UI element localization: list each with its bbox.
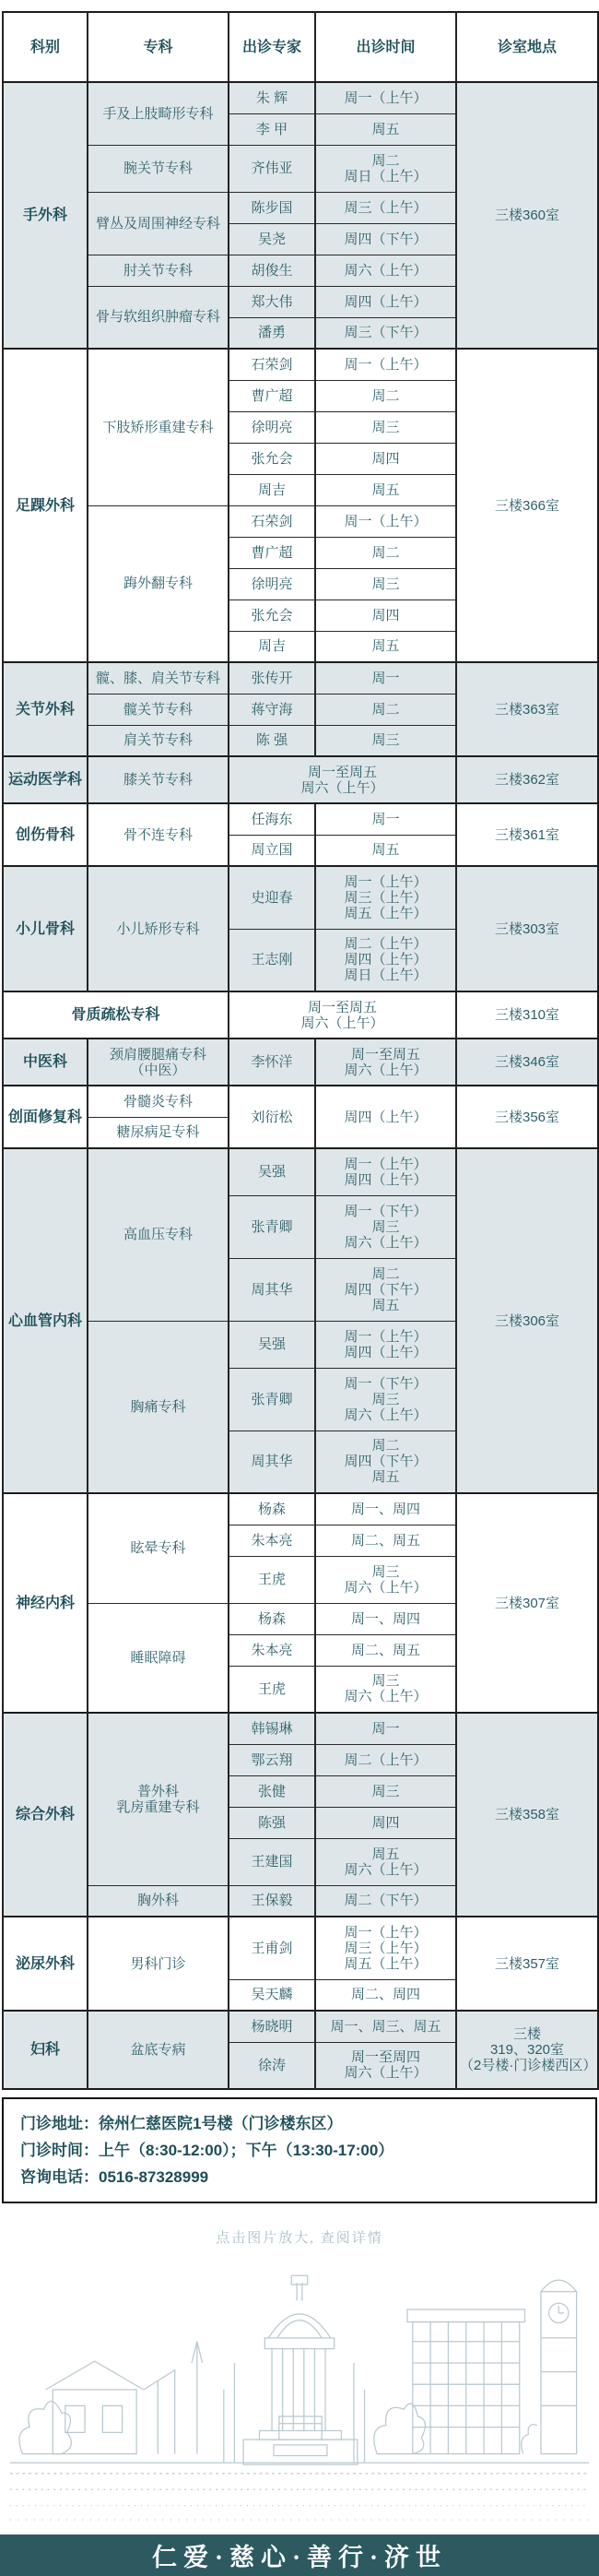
room-cell: 三楼361室 — [456, 803, 598, 866]
doctor-cell: 张允会 — [229, 443, 315, 474]
enlarge-hint-caption: 点击图片放大, 查阅详情 — [0, 2227, 599, 2247]
room-cell: 三楼366室 — [456, 349, 598, 662]
doctor-cell: 王虎 — [229, 1556, 315, 1603]
time-cell: 周六（上午） — [315, 255, 456, 286]
doctor-cell: 张青卿 — [229, 1368, 315, 1430]
time-cell: 周一（上午） 周三（上午） 周五（上午） — [315, 866, 456, 929]
time-cell: 周二、周四 — [315, 1979, 456, 2011]
doctor-cell: 鄂云翔 — [229, 1744, 315, 1775]
department-cell: 小儿骨科 — [3, 866, 88, 991]
time-cell: 周三 — [315, 568, 456, 599]
specialty-cell: 腕关节专科 — [88, 145, 229, 192]
time-cell: 周四 — [315, 1807, 456, 1838]
time-cell: 周四（下午） — [315, 223, 456, 255]
time-cell: 周一 — [315, 662, 456, 694]
doctor-cell: 王保毅 — [229, 1885, 315, 1917]
time-cell: 周一 — [315, 1713, 456, 1744]
room-cell: 三楼356室 — [456, 1086, 598, 1148]
time-cell: 周一（上午） — [315, 505, 456, 537]
time-cell: 周三 周六（上午） — [315, 1666, 456, 1713]
doctor-cell: 吴强 — [229, 1148, 315, 1195]
hospital-slogan: 仁爱·慈心·善行·济世 — [152, 2537, 447, 2573]
doctor-cell: 吴尧 — [229, 223, 315, 255]
doctor-cell: 陈步国 — [229, 192, 315, 223]
time-cell: 周三（下午） — [315, 317, 456, 349]
specialty-cell: 手及上肢畸形专科 — [88, 82, 229, 145]
room-cell: 三楼360室 — [456, 82, 598, 349]
room-cell: 三楼307室 — [456, 1493, 598, 1713]
specialty-cell: 膝关节专科 — [88, 756, 229, 803]
room-cell: 三楼310室 — [456, 991, 598, 1039]
specialty-cell: 骨与软组织肿瘤专科 — [88, 286, 229, 349]
room-cell: 三楼358室 — [456, 1713, 598, 1917]
time-cell: 周三 — [315, 725, 456, 756]
doctor-cell: 周立国 — [229, 835, 315, 866]
hospital-building-illustration — [0, 2256, 599, 2534]
time-cell: 周五 — [315, 474, 456, 505]
doctor-cell: 周吉 — [229, 631, 315, 662]
doctor-cell: 胡俊生 — [229, 255, 315, 286]
time-cell: 周二（下午） — [315, 1885, 456, 1917]
time-cell: 周四 — [315, 599, 456, 631]
specialty-cell: 肩关节专科 — [88, 725, 229, 756]
department-cell: 手外科 — [3, 82, 88, 349]
doctor-cell: 潘勇 — [229, 317, 315, 349]
doctor-cell: 王虎 — [229, 1666, 315, 1713]
doctor-cell: 陈 强 — [229, 725, 315, 756]
doctor-cell: 石荣剑 — [229, 349, 315, 380]
specialty-cell: 踇外翻专科 — [88, 505, 229, 662]
room-cell: 三楼363室 — [456, 662, 598, 756]
specialty-cell: 小儿矫形专科 — [88, 866, 229, 991]
specialty-cell: 高血压专科 — [88, 1148, 229, 1321]
specialty-cell: 糖尿病足专科 — [88, 1117, 229, 1148]
doctor-cell: 周其华 — [229, 1258, 315, 1321]
column-header-department: 科别 — [3, 12, 88, 82]
column-header-time: 出诊时间 — [315, 12, 456, 82]
time-cell: 周一（上午） — [315, 349, 456, 380]
specialty-cell: 眩晕专科 — [88, 1493, 229, 1603]
doctor-cell: 周吉 — [229, 474, 315, 505]
time-cell: 周一（上午） — [315, 82, 456, 113]
schedule-poster: 科别 专科 出诊专家 出诊时间 诊室地点 手外科手及上肢畸形专科朱 辉周一（上午… — [0, 0, 599, 2576]
doctor-cell: 张传开 — [229, 662, 315, 694]
department-cell: 中医科 — [3, 1039, 88, 1086]
doctor-cell: 石荣剑 — [229, 505, 315, 537]
specialty-cell: 髋关节专科 — [88, 694, 229, 725]
time-cell: 周五 — [315, 113, 456, 145]
time-cell: 周五 — [315, 631, 456, 662]
doctor-cell: 杨森 — [229, 1603, 315, 1634]
time-cell: 周四 — [315, 443, 456, 474]
doctor-cell: 朱本亮 — [229, 1634, 315, 1666]
doctor-cell: 李 甲 — [229, 113, 315, 145]
room-cell: 三楼362室 — [456, 756, 598, 803]
time-cell: 周二（上午） — [315, 1744, 456, 1775]
specialty-cell: 胸痛专科 — [88, 1321, 229, 1493]
room-cell: 三楼306室 — [456, 1148, 598, 1493]
time-cell: 周五 周六（上午） — [315, 1838, 456, 1885]
doctor-cell: 张健 — [229, 1775, 315, 1807]
department-cell: 关节外科 — [3, 662, 88, 756]
time-cell: 周二（上午） 周四（上午） 周日（上午） — [315, 929, 456, 991]
specialty-cell: 下肢矫形重建专科 — [88, 349, 229, 505]
specialty-cell: 骨髓炎专科 — [88, 1086, 229, 1117]
specialty-cell: 普外科 乳房重建专科 — [88, 1713, 229, 1885]
doctor-cell: 徐涛 — [229, 2042, 315, 2089]
column-header-doctor: 出诊专家 — [229, 12, 315, 82]
clinic-phone: 咨询电话：0516-87328999 — [20, 2164, 579, 2190]
doctor-cell: 王志刚 — [229, 929, 315, 991]
time-cell: 周一至周五 周六（上午） — [315, 1039, 456, 1086]
time-cell: 周二、周五 — [315, 1634, 456, 1666]
time-cell: 周二 — [315, 694, 456, 725]
doctor-cell: 李怀洋 — [229, 1039, 315, 1086]
schedule-sheet: 科别 专科 出诊专家 出诊时间 诊室地点 手外科手及上肢畸形专科朱 辉周一（上午… — [0, 0, 599, 2203]
department-cell: 心血管内科 — [3, 1148, 88, 1493]
specialty-cell: 男科门诊 — [88, 1917, 229, 2011]
doctor-cell: 刘衍松 — [229, 1086, 315, 1148]
department-cell: 神经内科 — [3, 1493, 88, 1713]
time-cell: 周三 — [315, 411, 456, 443]
doctor-cell: 吴强 — [229, 1321, 315, 1368]
time-cell: 周四（上午） — [315, 286, 456, 317]
doctor-cell: 曹广超 — [229, 380, 315, 411]
time-cell: 周一 — [315, 803, 456, 835]
doctor-cell: 王甫剑 — [229, 1917, 315, 1979]
time-cell: 周三 周六（上午） — [315, 1556, 456, 1603]
department-cell: 创面修复科 — [3, 1086, 88, 1148]
time-cell: 周一（上午） 周四（上午） — [315, 1148, 456, 1195]
time-cell: 周一、周三、周五 — [315, 2011, 456, 2042]
doctor-cell: 张允会 — [229, 599, 315, 631]
doctor-cell: 杨森 — [229, 1493, 315, 1525]
room-cell: 三楼303室 — [456, 866, 598, 991]
time-cell: 周二、周五 — [315, 1525, 456, 1556]
doctor-cell: 史迎春 — [229, 866, 315, 929]
specialty-cell: 颈肩腰腿痛专科 （中医） — [88, 1039, 229, 1086]
slogan-footer-bar: 仁爱·慈心·善行·济世 — [0, 2534, 599, 2576]
doctor-cell: 吴天麟 — [229, 1979, 315, 2011]
time-cell: 周五 — [315, 835, 456, 866]
schedule-table[interactable]: 科别 专科 出诊专家 出诊时间 诊室地点 手外科手及上肢畸形专科朱 辉周一（上午… — [2, 11, 599, 2090]
doctor-cell: 张青卿 — [229, 1195, 315, 1258]
time-cell: 周一（下午） 周三 周六（上午） — [315, 1368, 456, 1430]
doctor-cell: 陈强 — [229, 1807, 315, 1838]
room-cell: 三楼 319、320室 （2号楼·门诊楼西区） — [456, 2011, 598, 2089]
doctor-cell: 朱 辉 — [229, 82, 315, 113]
clinic-hours: 门诊时间：上午（8:30-12:00）；下午（13:30-17:00） — [20, 2137, 579, 2164]
doctor-cell: 曹广超 — [229, 537, 315, 568]
specialty-cell: 髋、膝、肩关节专科 — [88, 662, 229, 694]
header-row: 科别 专科 出诊专家 出诊时间 诊室地点 — [3, 12, 598, 82]
room-cell: 三楼346室 — [456, 1039, 598, 1086]
department-cell: 妇科 — [3, 2011, 88, 2089]
time-cell: 周四（上午） — [315, 1086, 456, 1148]
specialty-cell: 睡眠障碍 — [88, 1603, 229, 1713]
clinic-address: 门诊地址：徐州仁慈医院1号楼（门诊楼东区） — [20, 2110, 579, 2137]
time-cell: 周一（下午） 周三 周六（上午） — [315, 1195, 456, 1258]
doctor-cell: 王建国 — [229, 1838, 315, 1885]
specialty-cell: 骨不连专科 — [88, 803, 229, 866]
time-cell: 周二 周日（上午） — [315, 145, 456, 192]
doctor-cell: 徐明亮 — [229, 568, 315, 599]
doctor-cell: 蒋守海 — [229, 694, 315, 725]
time-cell: 周一至周五 周六（上午） — [229, 991, 456, 1039]
specialty-cell: 盆底专病 — [88, 2011, 229, 2089]
column-header-room: 诊室地点 — [456, 12, 598, 82]
time-cell: 周一至周四 周六（上午） — [315, 2042, 456, 2089]
department-cell: 运动医学科 — [3, 756, 88, 803]
specialty-cell: 肘关节专科 — [88, 255, 229, 286]
doctor-cell: 周其华 — [229, 1430, 315, 1493]
doctor-cell: 郑大伟 — [229, 286, 315, 317]
time-cell: 周三（上午） — [315, 192, 456, 223]
time-cell: 周二 — [315, 380, 456, 411]
time-cell: 周二 — [315, 537, 456, 568]
doctor-cell: 韩锡琳 — [229, 1713, 315, 1744]
time-cell: 周二 周四（下午） 周五 — [315, 1258, 456, 1321]
specialty-cell: 胸外科 — [88, 1885, 229, 1917]
doctor-cell: 杨晓明 — [229, 2011, 315, 2042]
doctor-cell: 齐伟亚 — [229, 145, 315, 192]
department-cell: 综合外科 — [3, 1713, 88, 1917]
time-cell: 周一、周四 — [315, 1603, 456, 1634]
department-cell: 足踝外科 — [3, 349, 88, 662]
specialty-cell: 臂丛及周围神经专科 — [88, 192, 229, 255]
time-cell: 周一、周四 — [315, 1493, 456, 1525]
doctor-cell: 徐明亮 — [229, 411, 315, 443]
column-header-specialty: 专科 — [88, 12, 229, 82]
doctor-cell: 任海东 — [229, 803, 315, 835]
time-cell: 周二 周四（下午） 周五 — [315, 1430, 456, 1493]
time-cell: 周一（上午） 周三（上午） 周五（上午） — [315, 1917, 456, 1979]
time-cell: 周一（上午） 周四（上午） — [315, 1321, 456, 1368]
department-cell: 创伤骨科 — [3, 803, 88, 866]
time-cell: 周三 — [315, 1775, 456, 1807]
clinic-notice-box: 门诊地址：徐州仁慈医院1号楼（门诊楼东区） 门诊时间：上午（8:30-12:00… — [2, 2097, 597, 2203]
doctor-cell: 朱本亮 — [229, 1525, 315, 1556]
department-cell: 泌尿外科 — [3, 1917, 88, 2011]
room-cell: 三楼357室 — [456, 1917, 598, 2011]
time-cell: 周一至周五 周六（上午） — [229, 756, 456, 803]
department-cell: 骨质疏松专科 — [3, 991, 229, 1039]
